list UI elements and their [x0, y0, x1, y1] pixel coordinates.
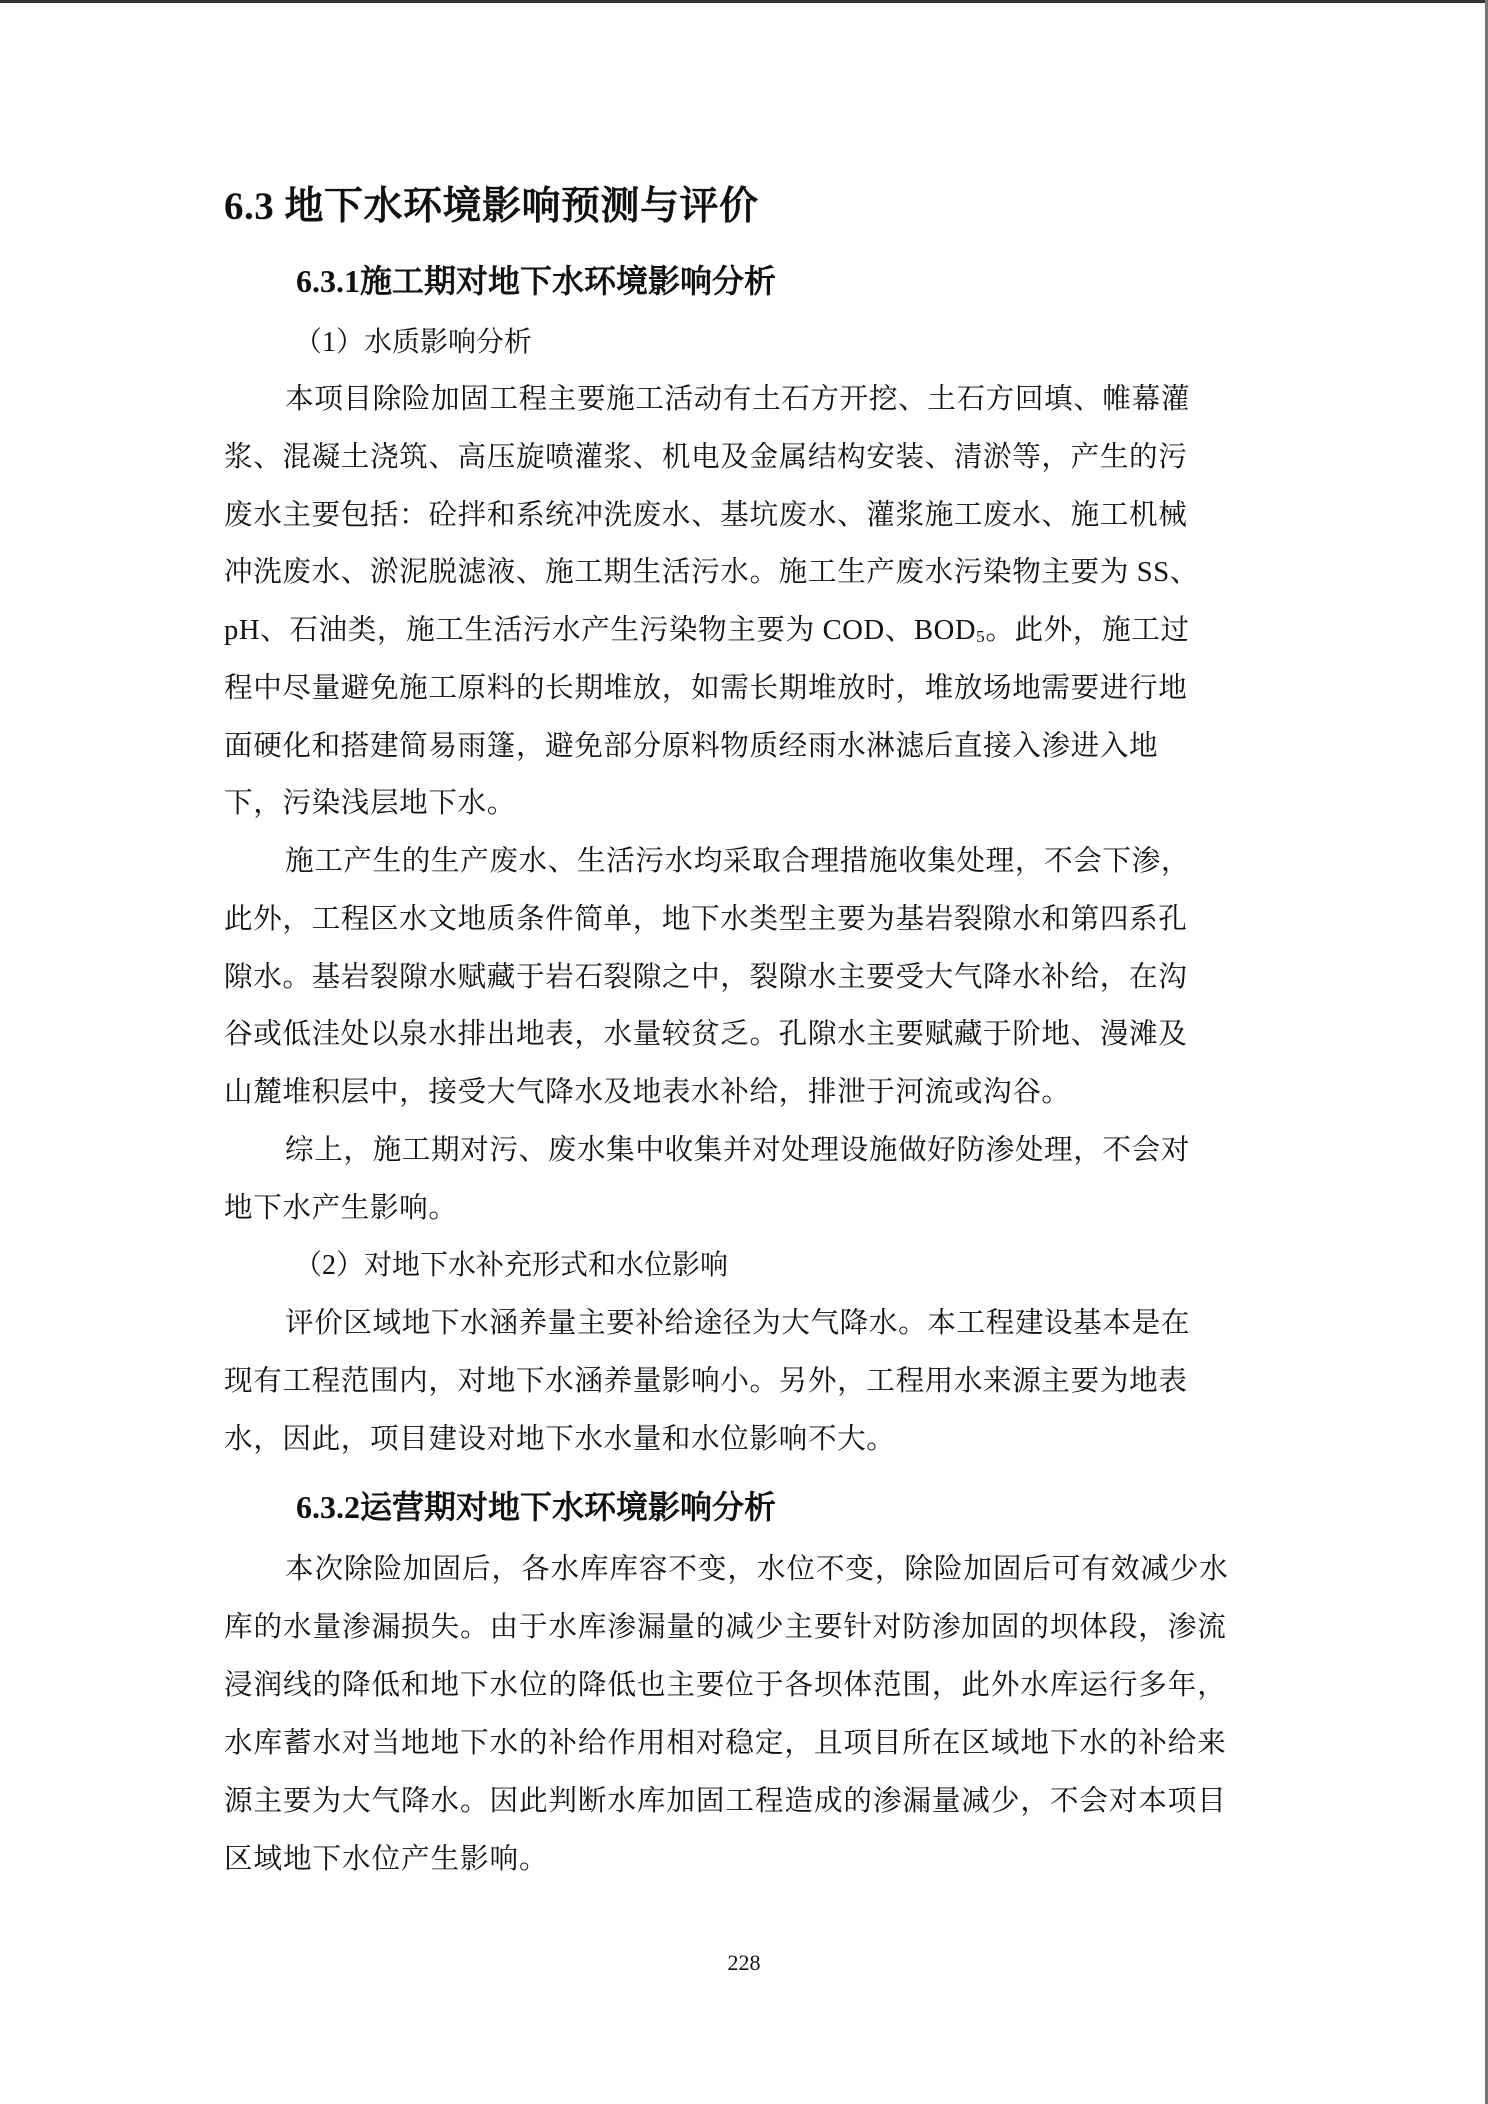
text-line: 程中尽量避免施工原料的长期堆放，如需长期堆放时，堆放场地需要进行地	[224, 669, 1187, 709]
text-line: pH、石油类，施工生活污水产生污染物主要为 COD、BOD5。此外，施工过	[224, 611, 1190, 657]
text-line: 浸润线的降低和地下水位的降低也主要位于各坝体范围，此外水库运行多年，	[224, 1666, 1227, 1706]
text-line-tail: 。此外，施工过	[985, 615, 1189, 646]
text-line: 施工产生的生产废水、生活污水均采取合理措施收集处理，不会下渗，	[285, 842, 1190, 882]
text-line: 区域地下水位产生影响。	[224, 1840, 548, 1880]
text-line: 本项目除险加固工程主要施工活动有土石方开挖、土石方回填、帷幕灌	[285, 380, 1190, 420]
page-number: 228	[0, 1950, 1488, 1976]
text-line: 现有工程范围内，对地下水涵养量影响小。另外，工程用水来源主要为地表	[224, 1362, 1187, 1402]
subsection-title-6-3-1: 6.3.1施工期对地下水环境影响分析	[296, 259, 776, 303]
page-border-top	[0, 0, 1488, 3]
text-line: 浆、混凝土浇筑、高压旋喷灌浆、机电及金属结构安装、清淤等，产生的污	[224, 438, 1187, 478]
text-line: 此外，工程区水文地质条件简单，地下水类型主要为基岩裂隙水和第四系孔	[224, 900, 1187, 940]
subsection-title-6-3-2: 6.3.2运营期对地下水环境影响分析	[296, 1485, 776, 1529]
text-line-main: pH、石油类，施工生活污水产生污染物主要为 COD、BOD	[224, 615, 976, 646]
text-line: 本次除险加固后，各水库库容不变，水位不变，除险加固后可有效减少水	[285, 1550, 1229, 1590]
text-line: 水库蓄水对当地地下水的补给作用相对稳定，且项目所在区域地下水的补给来	[224, 1724, 1227, 1764]
section-title: 6.3 地下水环境影响预测与评价	[224, 182, 759, 232]
text-line: 库的水量渗漏损失。由于水库渗漏量的减少主要针对防渗加固的坝体段，渗流	[224, 1608, 1227, 1648]
text-line: 山麓堆积层中，接受大气降水及地表水补给，排泄于河流或沟谷。	[224, 1073, 1071, 1113]
item-heading-water-quality: （1）水质影响分析	[294, 323, 532, 363]
bod-subscript: 5	[976, 627, 985, 646]
text-line: 冲洗废水、淤泥脱滤液、施工期生活污水。施工生产废水污染物主要为 SS、	[224, 553, 1199, 593]
text-line: 隙水。基岩裂隙水赋藏于岩石裂隙之中，裂隙水主要受大气降水补给，在沟	[224, 958, 1187, 998]
text-line: 源主要为大气降水。因此判断水库加固工程造成的渗漏量减少，不会对本项目	[224, 1782, 1227, 1822]
text-line: 综上，施工期对污、废水集中收集并对处理设施做好防渗处理，不会对	[285, 1131, 1190, 1171]
text-line: 面硬化和搭建简易雨篷，避免部分原料物质经雨水淋滤后直接入渗进入地	[224, 727, 1158, 767]
text-line: 废水主要包括：砼拌和系统冲洗废水、基坑废水、灌浆施工废水、施工机械	[224, 496, 1187, 536]
text-line: 谷或低洼处以泉水排出地表，水量较贫乏。孔隙水主要赋藏于阶地、漫滩及	[224, 1015, 1187, 1055]
item-heading-water-level: （2）对地下水补充形式和水位影响	[294, 1246, 728, 1286]
text-line: 水，因此，项目建设对地下水水量和水位影响不大。	[224, 1420, 895, 1460]
text-line: 下，污染浅层地下水。	[224, 784, 516, 824]
text-line: 评价区域地下水涵养量主要补给途径为大气降水。本工程建设基本是在	[285, 1304, 1190, 1344]
text-line: 地下水产生影响。	[224, 1189, 458, 1229]
